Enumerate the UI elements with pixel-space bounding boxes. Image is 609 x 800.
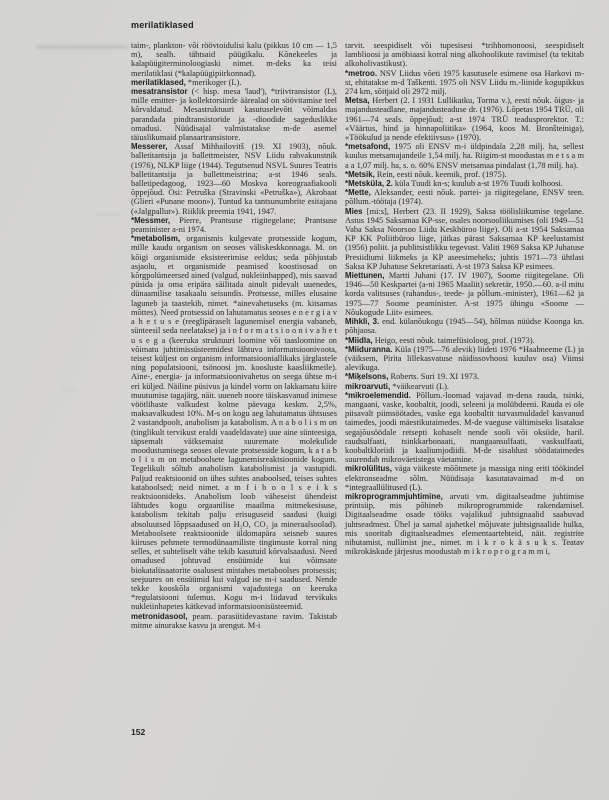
entry-body-text: *väikearvuti (L). [390,382,449,391]
dictionary-entry: mikrolülitus, väga väikeste mõõtmete ja … [345,464,584,492]
entry-headword: mikroprogrammjuhtimine, [345,492,443,501]
entry-body-text: (< hisp. mesa 'laud'), *triivtransistor … [131,87,337,142]
dictionary-entry: mikroarvuti, *väikearvuti (L). [345,382,584,391]
entry-headword: Mihkli, 3. [345,317,379,326]
dictionary-entry: *metroo. NSV Liidus võeti 1975 kasutusel… [345,69,584,97]
entry-body-text: Assaf Mihhailovitš (19. XI 1903), nõuk. … [131,142,337,215]
entry-headword: *Miiduranna. [345,345,392,354]
dictionary-entry: metronidasool, peam. parasiitidevastane … [131,612,337,630]
dictionary-entry: merilatiklased, *merikoger (L). [131,78,337,87]
entry-headword: *metroo. [345,69,377,78]
entry-body-text: küla Tuudi kn-s; kuulub a-st 1976 Tuudi … [393,179,563,188]
dictionary-entry: Miettunen, Martti Juhani (17. IV 1907), … [345,271,584,317]
dictionary-entry: *Messmer, Pierre, Prantsuse riigitegelan… [131,216,337,234]
dictionary-entry: *metsafond, 1975 oli ENSV m-i üldpindala… [345,142,584,170]
entry-headword: *Metsik, [345,170,375,179]
entry-headword: *Miidla, [345,336,373,345]
entry-body-text: Roberts. Suri 19. XI 1973. [388,372,479,381]
dictionary-entry: *Metsik, Rein, eesti nõuk. keemik, prof.… [345,170,584,179]
entry-body-text: Aleksander, eesti nõuk. partei- ja riigi… [345,188,584,206]
entry-body-text: [mi:s], Herbert (23. II 1929), Saksa töö… [345,207,584,271]
column-left: taim-, plankton- või röövtoidulisi kalu … [131,41,337,630]
dictionary-entry: mesatransistor (< hisp. mesa 'laud'), *t… [131,87,337,142]
dictionary-entry: Mihkli, 3. end. külanõukogu (1945—54), h… [345,317,584,335]
entry-headword: Metsa, [345,96,370,105]
bleed-through-artifact [60,388,78,391]
entry-body-text: organismis kulgevate protsesside kogum, … [131,234,337,611]
entry-body-text: taim-, plankton- või röövtoidulisi kalu … [131,41,337,78]
dictionary-entry: tarvit. seespidiselt või tupesisesi *tri… [345,41,584,69]
entry-headword: mikrolülitus, [345,464,392,473]
entry-body-text: Herbert (2. I 1931 Lullikatku, Torma v.)… [345,96,584,142]
entry-body-text: arvuti vm. digitaalseadme juhtimise prin… [345,492,584,556]
entry-headword: mikroarvuti, [345,382,390,391]
encyclopedia-page: merilatiklased taim-, plankton- või rööv… [0,0,609,800]
entry-headword: merilatiklased, [131,78,186,87]
entry-headword: *mikroelemendid. [345,391,411,400]
dictionary-entry: *Miiduranna. Küla (1975—76 alevik) liide… [345,345,584,373]
entry-headword: mesatransistor [131,87,188,96]
entry-body-text: tarvit. seespidiselt või tupesisesi *tri… [345,41,584,68]
entry-headword: Miettunen, [345,271,384,280]
dictionary-entry: Messerer, Assaf Mihhailovitš (19. XI 190… [131,142,337,216]
dictionary-entry: *Metsküla, 2. küla Tuudi kn-s; kuulub a-… [345,179,584,188]
entry-headword: *Mette, [345,188,371,197]
entry-body-text: Põllum.-loomad vajavad m-dena rauda, tsi… [345,391,584,464]
page-number: 152 [131,727,145,737]
entry-headword: *Messmer, [131,216,170,225]
dictionary-entry: *Miidla, Heigo, eesti nõuk. taimefüsiolo… [345,336,584,345]
dictionary-entry: *Mette, Aleksander, eesti nõuk. partei- … [345,188,584,206]
entry-headword: *Metsküla, 2. [345,179,393,188]
entry-body-text: *merikoger (L). [186,78,242,87]
bleed-through-artifact [36,45,128,49]
entry-body-text: Rein, eesti nõuk. keemik, prof. (1975). [375,170,507,179]
dictionary-entry: Metsa, Herbert (2. I 1931 Lullikatku, To… [345,96,584,142]
bleed-through-artifact [96,213,122,216]
entry-headword: *metabolism, [131,234,180,243]
column-right: tarvit. seespidiselt või tupesisesi *tri… [345,41,584,556]
dictionary-entry: taim-, plankton- või röövtoidulisi kalu … [131,41,337,78]
entry-headword: *Miķelsons, [345,372,388,381]
entry-headword: *metsafond, [345,142,390,151]
entry-body-text: end. külanõukogu (1945—54), hõlmas nüüds… [345,317,584,335]
entry-body-text: NSV Liidus võeti 1975 kasutusele esimene… [345,69,584,96]
running-head: merilatiklased [131,20,194,30]
dictionary-entry: *mikroelemendid. Põllum.-loomad vajavad … [345,391,584,465]
dictionary-entry: mikroprogrammjuhtimine, arvuti vm. digit… [345,492,584,556]
dictionary-entry: *Miķelsons, Roberts. Suri 19. XI 1973. [345,372,584,381]
entry-headword: metronidasool, [131,612,188,621]
dictionary-entry: Mies [mi:s], Herbert (23. II 1929), Saks… [345,207,584,271]
entry-headword: Messerer, [131,142,167,151]
entry-body-text: Heigo, eesti nõuk. taimefüsioloog, prof.… [373,336,535,345]
entry-headword: Mies [345,207,363,216]
dictionary-entry: *metabolism, organismis kulgevate protse… [131,234,337,611]
